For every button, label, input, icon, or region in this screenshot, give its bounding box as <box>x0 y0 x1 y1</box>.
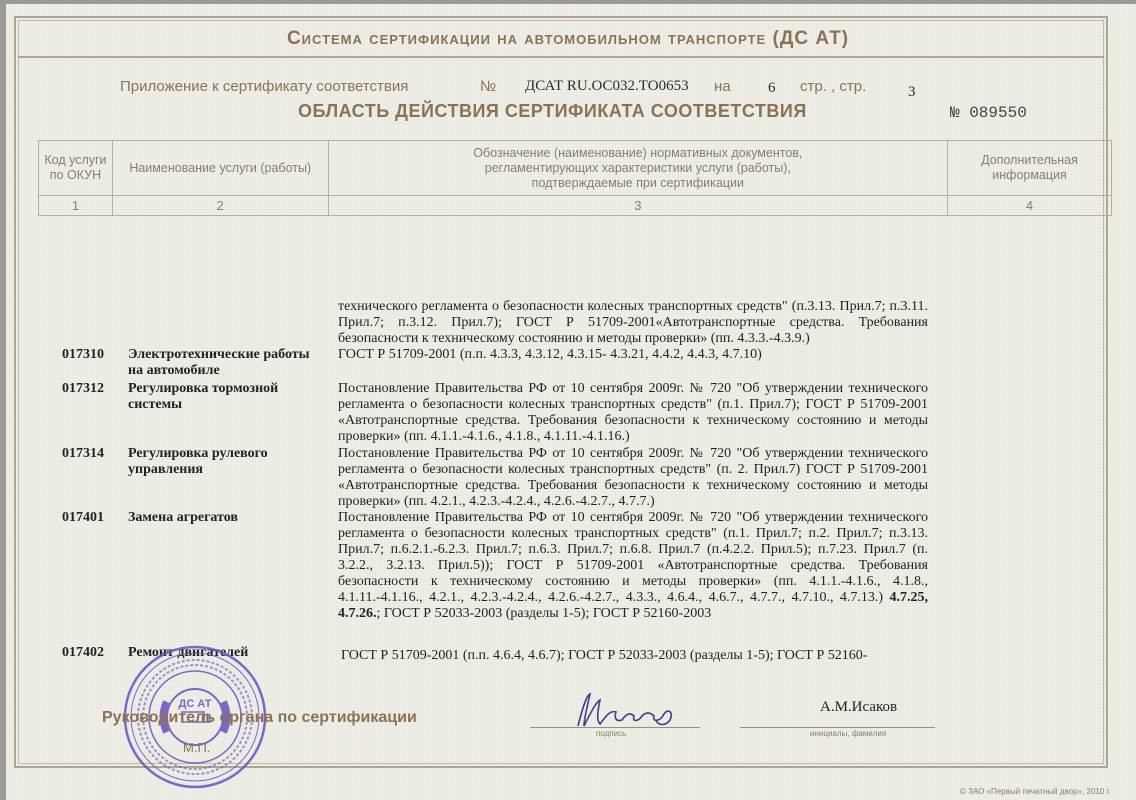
table-row-code: 017310 <box>62 347 104 363</box>
system-title: Система сертификации на автомобильном тр… <box>0 28 1136 50</box>
col-number-4: 4 <box>948 196 1112 216</box>
title-separator <box>18 56 1104 58</box>
annex-label: Приложение к сертификату соответствия <box>120 78 408 95</box>
table-row-name: Регулировка рулевого управления <box>128 446 328 478</box>
col-header-documents: Обозначение (наименование) нормативных д… <box>328 141 947 196</box>
name-line <box>740 727 935 728</box>
scope-title: ОБЛАСТЬ ДЕЙСТВИЯ СЕРТИФИКАТА СООТВЕТСТВИ… <box>298 101 807 122</box>
table-header: Код услуги по ОКУН Наименование услуги (… <box>38 140 1112 216</box>
table-row-name: Замена агрегатов <box>128 510 328 526</box>
signer-name: А.М.Исаков <box>820 699 897 716</box>
signature-icon <box>570 690 680 730</box>
table-row-code: 017314 <box>62 446 104 462</box>
total-pages: 6 <box>768 80 776 97</box>
current-page: 3 <box>908 84 916 101</box>
col-header-info: Дополнительная информация <box>948 141 1112 196</box>
table-row-code: 017312 <box>62 381 104 397</box>
certificate-ref: ДСАТ RU.ОС032.ТО0653 <box>525 78 689 95</box>
signer-role-label: Руководитель органа по сертификации <box>102 709 417 727</box>
pages-label: стр. , стр. <box>800 78 866 95</box>
table-row-doc: Постановление Правительства РФ от 10 сен… <box>338 510 928 622</box>
table-row-code: 017402 <box>62 645 104 661</box>
table-row-doc: Постановление Правительства РФ от 10 сен… <box>338 381 928 445</box>
doc-tail-text: ; ГОСТ Р 52033-2003 (разделы 1-5); ГОСТ … <box>377 606 712 621</box>
doc-text: Постановление Правительства РФ от 10 сен… <box>338 510 928 605</box>
col-header-service: Наименование услуги (работы) <box>112 141 328 196</box>
copyright-text: © ЗАО «Первый печатный двор», 2010 г. <box>960 787 1111 796</box>
form-number: № 089550 <box>950 104 1027 122</box>
table-row-name: Электротехнические работы на автомобиле <box>128 347 328 379</box>
col-number-1: 1 <box>39 196 113 216</box>
signature-caption: подпись <box>596 729 626 738</box>
table-row-code: 017401 <box>62 510 104 526</box>
table-row-continuation-doc: технического регламента о безопасности к… <box>338 299 928 347</box>
table-row-name: Регулировка тормозной системы <box>128 381 328 413</box>
table-row-doc: ГОСТ Р 51709-2001 (п.п. 4.3.3, 4.3.12, 4… <box>338 347 928 363</box>
table-row-doc: ГОСТ Р 51709-2001 (п.п. 4.6.4, 4.6.7); Г… <box>341 648 931 664</box>
col-number-3: 3 <box>328 196 947 216</box>
col-number-2: 2 <box>112 196 328 216</box>
table-row-doc: Постановление Правительства РФ от 10 сен… <box>338 446 928 510</box>
col-header-code: Код услуги по ОКУН <box>39 141 113 196</box>
name-caption: инициалы, фамилия <box>810 729 886 738</box>
signature-line <box>530 727 700 728</box>
stamp-place-label: М.П. <box>183 740 210 755</box>
on-label: на <box>714 78 731 95</box>
number-sign: № <box>480 78 496 95</box>
